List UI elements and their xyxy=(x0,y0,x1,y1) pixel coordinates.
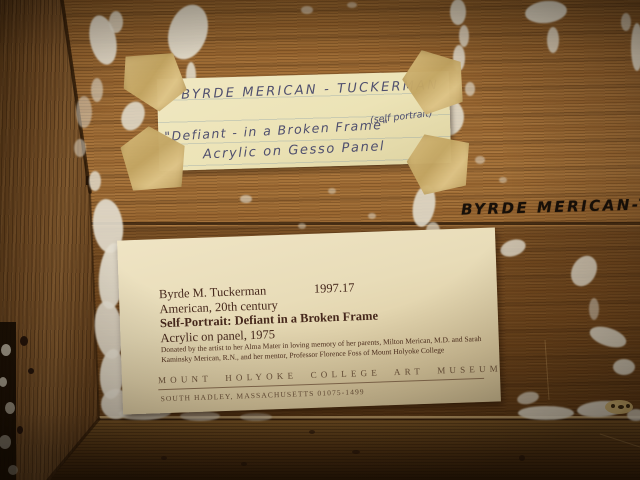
museum-label: Byrde M. Tuckerman American, 20th centur… xyxy=(117,227,501,414)
frame-joints xyxy=(48,0,99,480)
scratches xyxy=(545,340,640,447)
museum-label-address: SOUTH HADLEY, MASSACHUSETTS 01075-1499 xyxy=(160,387,364,403)
handwritten-medium: Acrylic on Gesso Panel xyxy=(203,139,386,162)
museum-label-institution: MOUNT HOLYOKE COLLEGE ART MUSEUM xyxy=(158,364,488,386)
handwritten-artist-name: BYRDE MERICAN - TUCKERMAN xyxy=(181,78,439,103)
outer-edge-holes xyxy=(0,322,18,480)
photo-back-of-painting: BYRDE MERICAN-TU BYRDE MERICAN - TUCKERM… xyxy=(0,0,640,480)
museum-label-accession-number: 1997.17 xyxy=(314,280,355,296)
sticker-remnant xyxy=(605,400,633,414)
